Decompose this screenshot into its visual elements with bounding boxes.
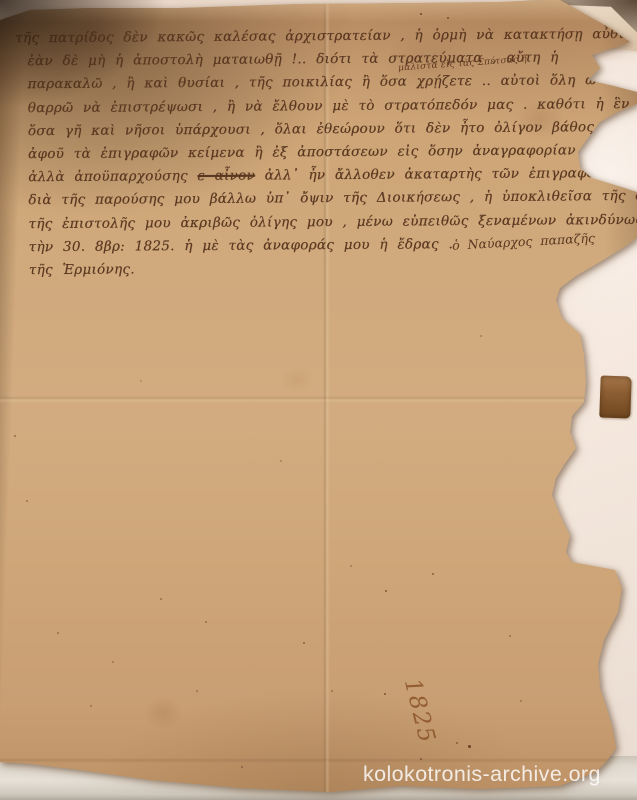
foxing-speck — [576, 508, 578, 510]
foxing-speck — [90, 705, 92, 707]
foxing-speck — [205, 621, 207, 623]
foxing-speck — [385, 590, 387, 592]
foxing-speck — [196, 690, 198, 692]
year-notation-sideways: 1825 — [399, 676, 440, 747]
foxing-speck — [331, 690, 333, 692]
foxing-speck — [420, 758, 422, 760]
manuscript-closing-line: τῆς Ἑρμιόνης. — [17, 255, 637, 283]
foxing-speck — [432, 573, 434, 575]
foxing-speck — [160, 598, 162, 600]
foxing-speck — [384, 693, 386, 695]
foxing-speck — [280, 460, 282, 462]
photo-of-manuscript: { "document": { "kind": "handwritten let… — [0, 0, 637, 800]
manuscript-line: τῆς ἐπιστολῆς μου ἀκριβῶς ὀλίγης μου , μ… — [16, 208, 637, 236]
foxing-speck — [45, 250, 47, 252]
foxing-speck — [350, 565, 352, 567]
foxing-speck — [468, 745, 471, 748]
line7-post: ἀλλ᾽ ἦν ἄλλοθεν ἀκαταρτὴς τῶν ἐπιγραφῶν … — [255, 165, 637, 184]
foxing-speck — [57, 632, 59, 634]
foxing-speck — [303, 642, 305, 644]
foxing-speck — [26, 500, 28, 502]
foxing-speck — [480, 335, 482, 337]
foxing-speck — [241, 766, 243, 768]
paper-surface: τῆς πατρίδος δὲν κακῶς καλέσας ἀρχιστρατ… — [0, 0, 637, 800]
foxing-speck — [509, 635, 511, 637]
foxing-speck — [520, 700, 522, 702]
foxing-speck — [586, 468, 588, 470]
foxing-speck — [420, 13, 422, 15]
foxing-speck — [140, 380, 142, 382]
line7-pre: ἀλλὰ ἀποϋπαρχούσης — [28, 168, 197, 185]
strikethrough-word: ε αἶνον — [197, 168, 255, 184]
foxing-speck — [112, 661, 114, 663]
watermark-text: kolokotronis-archive.org — [363, 762, 601, 787]
foxing-speck — [610, 302, 612, 304]
foxing-speck — [14, 435, 16, 437]
foxing-speck — [570, 300, 572, 302]
foxing-speck — [447, 17, 449, 19]
torn-paper-sheet: τῆς πατρίδος δὲν κακῶς καλέσας ἀρχιστρατ… — [0, 0, 637, 800]
foxing-speck — [456, 742, 458, 744]
